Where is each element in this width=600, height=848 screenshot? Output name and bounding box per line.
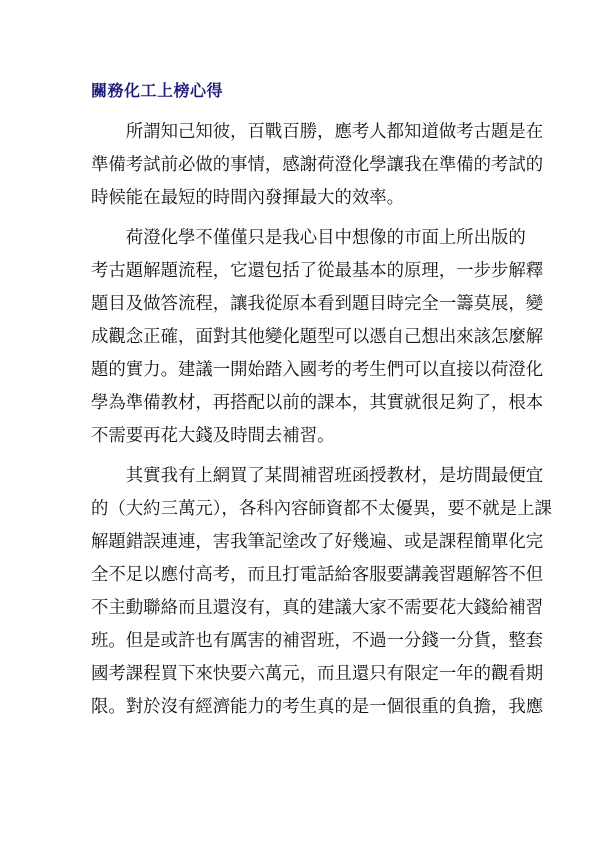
paragraph-line: 國考課程買下來快要六萬元，而且還只有限定一年的觀看期 xyxy=(91,658,513,691)
paragraph-line: 限。對於沒有經濟能力的考生真的是一個很重的負擔，我應 xyxy=(91,691,513,724)
paragraph-line: 解題錯誤連連，害我筆記塗改了好幾遍、或是課程簡單化完 xyxy=(91,526,513,559)
document-title: 關務化工上榜心得 xyxy=(91,80,513,102)
paragraph-line: 學為準備教材，再搭配以前的課本，其實就很足夠了，根本 xyxy=(91,387,513,420)
paragraph-line: 題的實力。建議一開始踏入國考的考生們可以直接以荷澄化 xyxy=(91,354,513,387)
paragraph-1: 所謂知己知彼，百戰百勝，應考人都知道做考古題是在 準備考試前必做的事情，感謝荷澄… xyxy=(91,116,513,215)
document-page: 關務化工上榜心得 所謂知己知彼，百戰百勝，應考人都知道做考古題是在 準備考試前必… xyxy=(91,80,513,731)
paragraph-line: 所謂知己知彼，百戰百勝，應考人都知道做考古題是在 xyxy=(91,116,513,149)
paragraph-line: 全不足以應付高考，而且打電話給客服要講義習題解答不但 xyxy=(91,559,513,592)
paragraph-3: 其實我有上網買了某間補習班函授教材，是坊間最便宜 的（大約三萬元），各科內容師資… xyxy=(91,460,513,724)
paragraph-line: 考古題解題流程，它還包括了從最基本的原理，一步步解釋 xyxy=(91,255,513,288)
paragraph-line: 準備考試前必做的事情，感謝荷澄化學讓我在準備的考試的 xyxy=(91,149,513,182)
paragraph-line: 不需要再花大錢及時間去補習。 xyxy=(91,420,513,453)
paragraph-line: 班。但是或許也有厲害的補習班，不過一分錢一分貨，整套 xyxy=(91,625,513,658)
paragraph-line: 的（大約三萬元），各科內容師資都不太優異，要不就是上課 xyxy=(91,493,513,526)
paragraph-2: 荷澄化學不僅僅只是我心目中想像的市面上所出版的 考古題解題流程，它還包括了從最基… xyxy=(91,222,513,453)
paragraph-line: 荷澄化學不僅僅只是我心目中想像的市面上所出版的 xyxy=(91,222,513,255)
paragraph-line: 時候能在最短的時間內發揮最大的效率。 xyxy=(91,182,513,215)
paragraph-line: 不主動聯絡而且還沒有，真的建議大家不需要花大錢給補習 xyxy=(91,592,513,625)
paragraph-line: 其實我有上網買了某間補習班函授教材，是坊間最便宜 xyxy=(91,460,513,493)
paragraph-line: 題目及做答流程，讓我從原本看到題目時完全一籌莫展，變 xyxy=(91,288,513,321)
paragraph-line: 成觀念正確，面對其他變化題型可以憑自己想出來該怎麼解 xyxy=(91,321,513,354)
